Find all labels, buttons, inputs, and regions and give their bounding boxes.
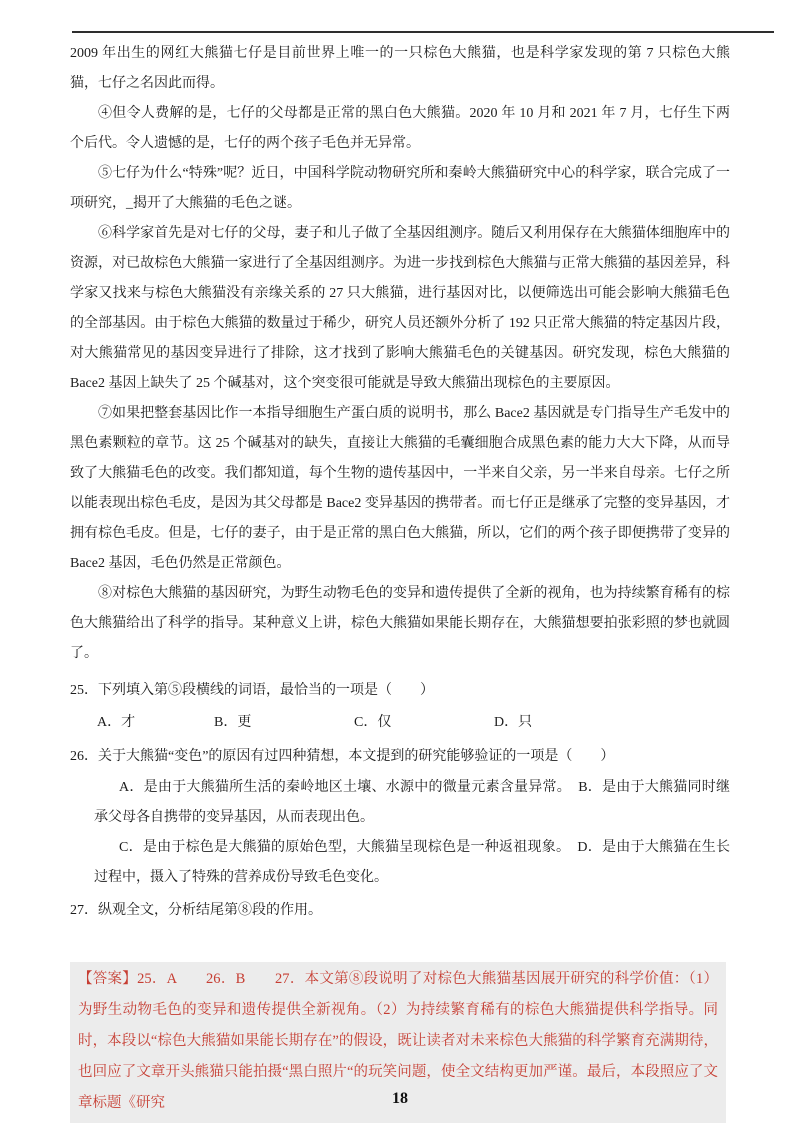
question-26-options-ab: A．是由于大熊猫所生活的秦岭地区土壤、水源中的微量元素含量异常。 B．是由于大熊… [70,773,730,833]
page-number: 18 [0,1090,800,1108]
question-26-stem: 26．关于大熊猫“变色”的原因有过四种猜想，本文提到的研究能够验证的一项是（ ） [70,741,730,773]
passage-paragraph-5: ⑤七仔为什么“特殊”呢？近日，中国科学院动物研究所和秦岭大熊猫研究中心的科学家，… [70,159,730,219]
document-page: 2009 年出生的网红大熊猫七仔是目前世界上唯一的一只棕色大熊猫，也是科学家发现… [0,0,800,1132]
question-25-option-d: D．只 [494,707,532,739]
question-25-option-b: B．更 [214,707,354,739]
passage-paragraph-8: ⑧对棕色大熊猫的基因研究，为野生动物毛色的变异和遗传提供了全新的视角，也为持续繁… [70,579,730,669]
questions-section: 25．下列填入第⑤段横线的词语，最恰当的一项是（ ） A．才B．更C．仅D．只 … [70,675,730,927]
question-27-stem: 27．纵观全文，分析结尾第⑧段的作用。 [70,895,730,927]
page-content: 2009 年出生的网红大熊猫七仔是目前世界上唯一的一只棕色大熊猫，也是科学家发现… [0,0,800,927]
passage-paragraph-6: ⑥科学家首先是对七仔的父母，妻子和儿子做了全基因组测序。随后又利用保存在大熊猫体… [70,219,730,399]
question-25-option-a: A．才 [97,707,214,739]
question-25-options: A．才B．更C．仅D．只 [70,707,730,739]
question-26-options-cd: C．是由于棕色是大熊猫的原始色型，大熊猫呈现棕色是一种返祖现象。 D．是由于大熊… [70,833,730,893]
question-25-stem: 25．下列填入第⑤段横线的词语，最恰当的一项是（ ） [70,675,730,707]
passage-paragraph-3-continued: 2009 年出生的网红大熊猫七仔是目前世界上唯一的一只棕色大熊猫，也是科学家发现… [70,39,730,99]
reading-passage: 2009 年出生的网红大熊猫七仔是目前世界上唯一的一只棕色大熊猫，也是科学家发现… [70,39,730,669]
answer-label: 【答案】 [78,971,137,987]
passage-paragraph-7: ⑦如果把整套基因比作一本指导细胞生产蛋白质的说明书，那么 Bace2 基因就是专… [70,399,730,579]
header-rule [72,31,774,33]
passage-paragraph-4: ④但令人费解的是，七仔的父母都是正常的黑白色大熊猫。2020 年 10 月和 2… [70,99,730,159]
question-25-option-c: C．仅 [354,707,494,739]
